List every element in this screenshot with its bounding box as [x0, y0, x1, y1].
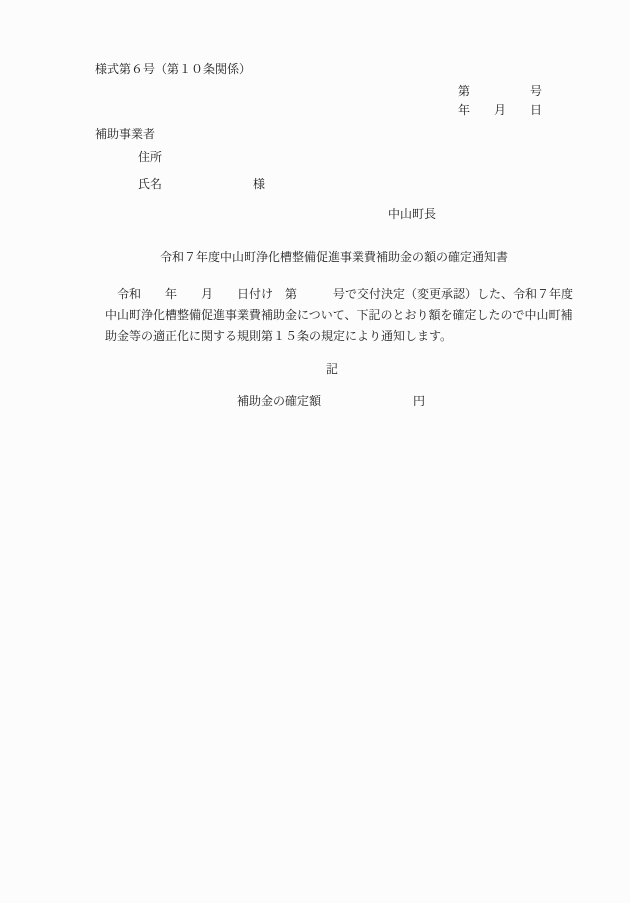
- note-marker: 記: [326, 362, 338, 376]
- document-number-line: 第 号: [458, 84, 542, 98]
- amount-label: 補助金の確定額: [237, 394, 321, 408]
- body-line: 中山町浄化槽整備促進事業費補助金について、下記のとおり額を確定したので中山町補: [105, 308, 573, 322]
- amount-unit-label: 円: [413, 394, 425, 408]
- recipient-label: 補助事業者: [95, 127, 155, 141]
- form-number-label: 様式第６号（第１０条関係）: [95, 62, 251, 76]
- notice-form-page: 様式第６号（第１０条関係） 第 号 年 月 日 補助事業者 住所 氏名 様 中山…: [0, 0, 630, 903]
- honorific-label: 様: [253, 177, 265, 191]
- sender-title: 中山町長: [388, 207, 436, 221]
- body-line: 助金等の適正化に関する規則第１５条の規定により通知します。: [105, 329, 452, 343]
- name-label: 氏名: [138, 177, 162, 191]
- issue-date-line: 年 月 日: [458, 103, 542, 117]
- body-line: 令和 年 月 日付け 第 号で交付決定（変更承認）した、令和７年度: [105, 287, 573, 301]
- address-label: 住所: [138, 150, 162, 164]
- document-title: 令和７年度中山町浄化槽整備促進事業費補助金の額の確定通知書: [160, 250, 508, 264]
